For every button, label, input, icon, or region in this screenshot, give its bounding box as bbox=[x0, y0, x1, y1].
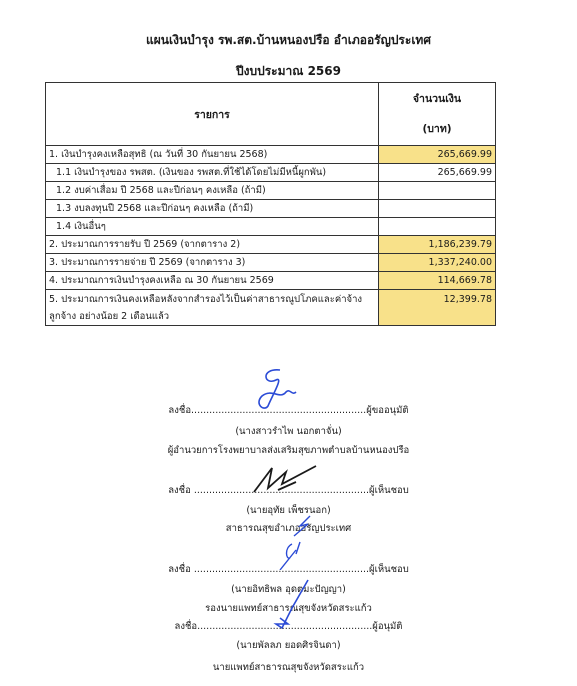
row-value: 265,669.99 bbox=[379, 164, 496, 182]
header-amount-line2: (บาท) bbox=[382, 114, 492, 144]
table-row: 1.1 เงินบำรุงของ รพสต. (เงินของ รพสต.ที่… bbox=[46, 164, 496, 182]
sign-prefix: ลงชื่อ bbox=[168, 405, 191, 416]
sign-role: ผู้ขออนุมัติ bbox=[366, 405, 408, 416]
sign-dots: ........................................… bbox=[197, 621, 372, 632]
row-label: 5. ประมาณการเงินคงเหลือหลังจากสำรองไว้เป… bbox=[46, 290, 379, 326]
sign-role: ผู้เห็นชอบ bbox=[369, 564, 409, 575]
row-label: 1.4 เงินอื่นๆ bbox=[46, 218, 379, 236]
sign-role: ผู้เห็นชอบ bbox=[369, 485, 409, 496]
sign-prefix: ลงชื่อ bbox=[175, 621, 198, 632]
sign-prefix: ลงชื่อ bbox=[168, 485, 191, 496]
row-value bbox=[379, 200, 496, 218]
row-value: 1,337,240.00 bbox=[379, 254, 496, 272]
budget-plan-table: รายการ จำนวนเงิน (บาท) 1. เงินบำรุงคงเหล… bbox=[45, 82, 496, 326]
row-value: 265,669.99 bbox=[379, 146, 496, 164]
signature-line-4: ลงชื่อ..................................… bbox=[0, 619, 577, 634]
signer-name-4: (นายพัลลภ ยอดศิรจินดา) bbox=[0, 638, 577, 653]
table-row: 2. ประมาณการรายรับ ปี 2569 (จากตาราง 2) … bbox=[46, 236, 496, 254]
sign-dots: ........................................… bbox=[191, 485, 369, 496]
row-label: 1.3 งบลงทุนปี 2568 และปีก่อนๆ คงเหลือ (ถ… bbox=[46, 200, 379, 218]
row-value bbox=[379, 218, 496, 236]
sign-dots: ........................................… bbox=[191, 405, 366, 416]
row-label: 1.2 งบค่าเสื่อม ปี 2568 และปีก่อนๆ คงเหล… bbox=[46, 182, 379, 200]
signature-line-2: ลงชื่อ .................................… bbox=[0, 483, 577, 498]
document-title: แผนเงินบำรุง รพ.สต.บ้านหนองปรือ อำเภออรั… bbox=[0, 31, 577, 50]
signer-position-1: ผู้อำนวยการโรงพยาบาลส่งเสริมสุขภาพตำบลบ้… bbox=[0, 443, 577, 458]
row-label: 1.1 เงินบำรุงของ รพสต. (เงินของ รพสต.ที่… bbox=[46, 164, 379, 182]
table-row: 4. ประมาณการเงินบำรุงคงเหลือ ณ 30 กันยาย… bbox=[46, 272, 496, 290]
sign-role: ผู้อนุมัติ bbox=[372, 621, 402, 632]
row-label: 1. เงินบำรุงคงเหลือสุทธิ (ณ วันที่ 30 กั… bbox=[46, 146, 379, 164]
row-label: 2. ประมาณการรายรับ ปี 2569 (จากตาราง 2) bbox=[46, 236, 379, 254]
header-amount-line1: จำนวนเงิน bbox=[382, 84, 492, 114]
signer-name-1: (นางสาวรำไพ นอกตาจั่น) bbox=[0, 424, 577, 439]
table-row: 1.2 งบค่าเสื่อม ปี 2568 และปีก่อนๆ คงเหล… bbox=[46, 182, 496, 200]
row-label: 4. ประมาณการเงินบำรุงคงเหลือ ณ 30 กันยาย… bbox=[46, 272, 379, 290]
sign-dots: ........................................… bbox=[191, 564, 369, 575]
row-value bbox=[379, 182, 496, 200]
signature-line-3: ลงชื่อ .................................… bbox=[0, 562, 577, 577]
row-value: 1,186,239.79 bbox=[379, 236, 496, 254]
signature-line-1: ลงชื่อ..................................… bbox=[0, 403, 577, 418]
fiscal-year-subtitle: ปีงบประมาณ 2569 bbox=[0, 62, 577, 81]
row-value: 12,399.78 bbox=[379, 290, 496, 326]
table-row: 1.3 งบลงทุนปี 2568 และปีก่อนๆ คงเหลือ (ถ… bbox=[46, 200, 496, 218]
table-row: 1.4 เงินอื่นๆ bbox=[46, 218, 496, 236]
signer-position-4: นายแพทย์สาธารณสุขจังหวัดสระแก้ว bbox=[0, 660, 577, 675]
row-value: 114,669.78 bbox=[379, 272, 496, 290]
header-amount: จำนวนเงิน (บาท) bbox=[379, 83, 496, 146]
table-row: 1. เงินบำรุงคงเหลือสุทธิ (ณ วันที่ 30 กั… bbox=[46, 146, 496, 164]
table-row: 3. ประมาณการรายจ่าย ปี 2569 (จากตาราง 3)… bbox=[46, 254, 496, 272]
table-row: 5. ประมาณการเงินคงเหลือหลังจากสำรองไว้เป… bbox=[46, 290, 496, 326]
row-label: 3. ประมาณการรายจ่าย ปี 2569 (จากตาราง 3) bbox=[46, 254, 379, 272]
sign-prefix: ลงชื่อ bbox=[168, 564, 191, 575]
table-header-row: รายการ จำนวนเงิน (บาท) bbox=[46, 83, 496, 146]
header-item: รายการ bbox=[46, 83, 379, 146]
